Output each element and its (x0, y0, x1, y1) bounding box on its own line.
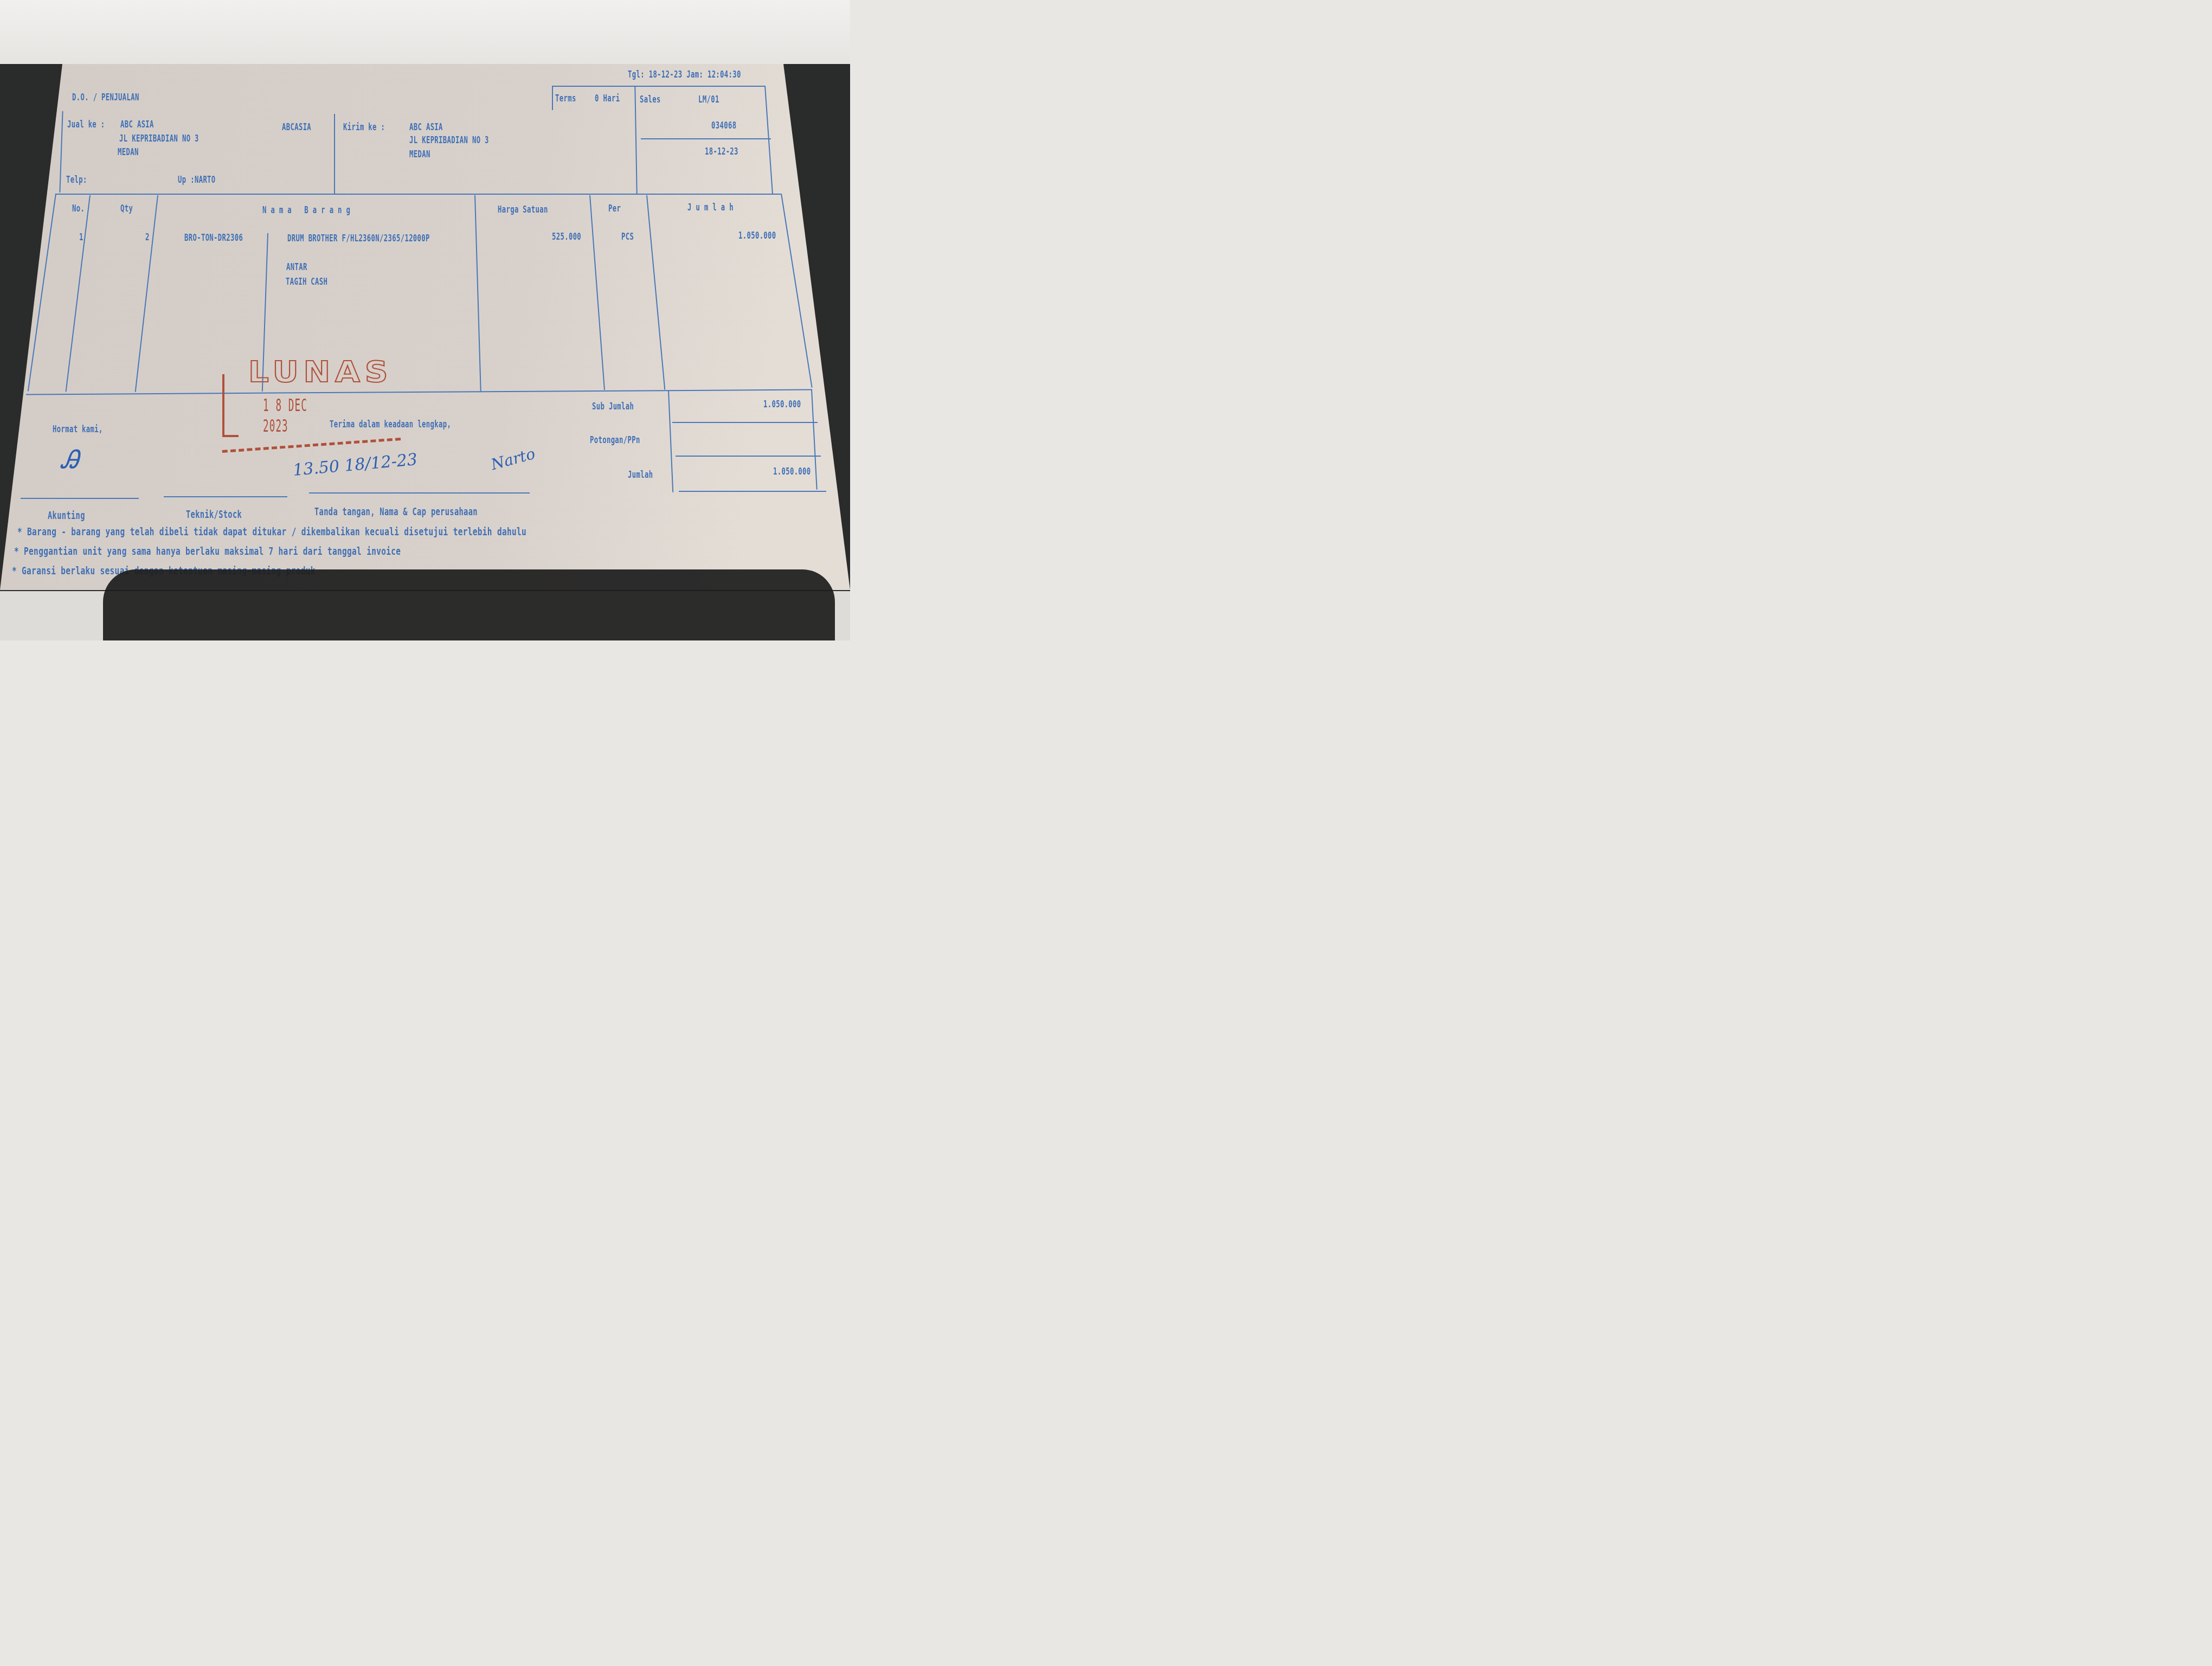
phone-label: Telp: (66, 175, 87, 185)
stamp-text: LUNAS (248, 355, 393, 389)
sold-to-city: MEDAN (118, 147, 139, 158)
header-no: No. (72, 203, 85, 214)
header-amount: J u m l a h (687, 202, 734, 213)
discount-label: Potongan/PPn (590, 435, 640, 446)
row-note-payment: TAGIH CASH (286, 277, 327, 287)
divider (672, 422, 818, 423)
document-number: 034068 (711, 120, 736, 131)
header-item-name: N a m a B a r a n g (262, 205, 350, 216)
row-qty: 2 (145, 232, 150, 243)
table-top-border (55, 194, 781, 195)
attention: Up :NARTO (178, 175, 216, 185)
sold-to-address: JL KEPRIBADIAN NO 3 (119, 133, 199, 144)
ship-to-label: Kirim ke : (343, 122, 385, 133)
footer-note: * Barang - barang yang telah dibeli tida… (17, 525, 526, 538)
sales-label: Sales (640, 94, 661, 105)
divider (676, 456, 821, 457)
signature-line-customer (309, 492, 530, 494)
header-per: Per (608, 203, 621, 214)
header-unit-price: Harga Satuan (498, 204, 548, 215)
subtotal-label: Sub Jumlah (592, 401, 634, 412)
footer-note: * Penggantian unit yang sama hanya berla… (14, 544, 401, 558)
customer-signature-label: Tanda tangan, Nama & Cap perusahaan (314, 506, 478, 518)
row-per: PCS (621, 232, 634, 242)
signature-line-accounting (21, 498, 139, 499)
row-amount: 1.050.000 (738, 230, 776, 241)
sales-value: LM/01 (698, 94, 719, 105)
header-qty: Qty (120, 203, 133, 214)
total-value: 1.050.000 (773, 466, 811, 477)
printed-date-time: Tgl: 18-12-23 Jam: 12:04:30 (628, 69, 741, 80)
total-label: Jumlah (628, 470, 653, 480)
signature-line-technic (164, 496, 287, 497)
camera-shadow (103, 569, 835, 640)
divider (334, 114, 335, 194)
row-no: 1 (79, 232, 83, 243)
technic-label: Teknik/Stock (186, 509, 242, 521)
stamp-date: 1 8 DEC 2023 (263, 395, 339, 436)
regards-label: Hormat kami, (53, 424, 103, 435)
row-description: DRUM BROTHER F/HL2360N/2365/12000P (287, 233, 430, 244)
ship-to-city: MEDAN (409, 149, 430, 160)
divider (641, 138, 771, 139)
terms-label: Terms (555, 93, 576, 104)
sold-to-name: ABC ASIA (120, 119, 154, 130)
stamp-l-shape (222, 374, 239, 437)
ship-to-address: JL KEPRIBADIAN NO 3 (409, 135, 489, 146)
background-surface-top (0, 0, 850, 65)
subtotal-value: 1.050.000 (763, 399, 801, 410)
row-item-code: BRO-TON-DR2306 (184, 233, 243, 244)
divider (552, 86, 764, 87)
accounting-label: Akunting (48, 510, 85, 522)
terms-value: 0 Hari (595, 93, 620, 104)
customer-code: ABCASIA (282, 122, 311, 133)
document-date: 18-12-23 (705, 146, 738, 157)
divider (679, 491, 826, 492)
received-label: Terima dalam keadaan lengkap, (330, 419, 451, 430)
row-unit-price: 525.000 (552, 232, 581, 242)
accounting-signature: Ꭿ (61, 445, 79, 475)
sold-to-label: Jual ke : (67, 119, 105, 130)
document-title: D.O. / PENJUALAN (72, 92, 139, 103)
ship-to-name: ABC ASIA (409, 122, 443, 133)
row-note-delivery: ANTAR (286, 262, 307, 273)
divider (552, 86, 553, 110)
